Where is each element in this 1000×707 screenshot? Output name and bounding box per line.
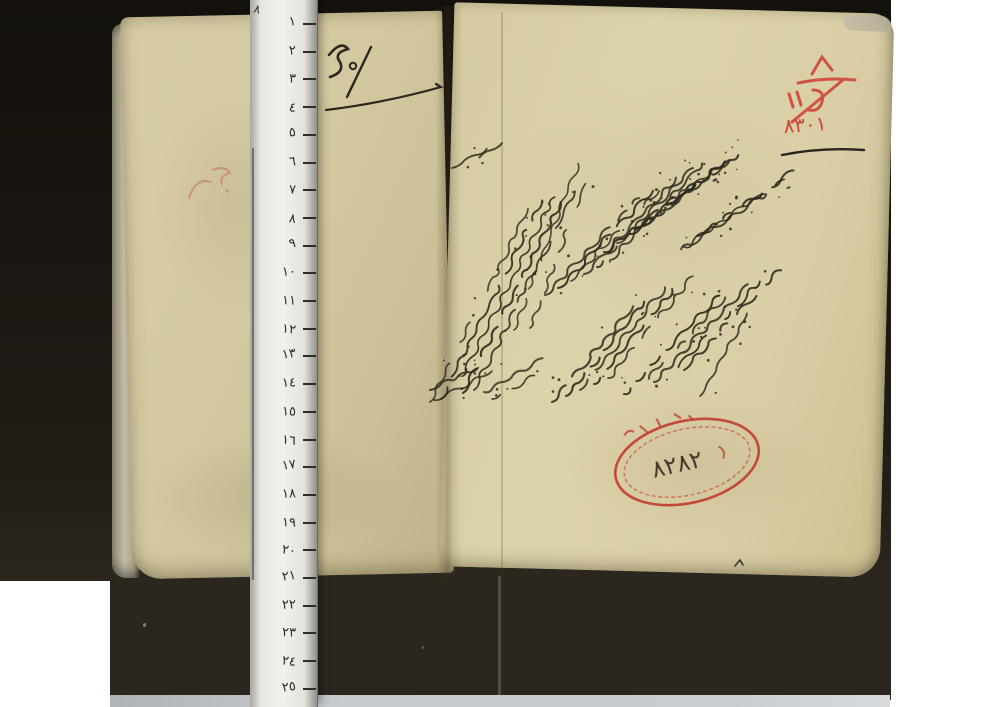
ruler-numeral: ٢١ [263, 569, 296, 586]
ruler-numeral: ١٥ [264, 404, 297, 418]
ruler-numeral: ٦ [264, 155, 297, 169]
ruler-tick [303, 605, 316, 607]
ruler-numeral: ٢ [264, 44, 297, 58]
ruler-tick [303, 494, 316, 496]
ruler-tick [303, 328, 316, 330]
ruler-tick [303, 78, 316, 80]
page-gutter-shadow [436, 6, 462, 578]
ruler-tick [303, 106, 316, 108]
ruler-numeral: ٢٤ [263, 652, 296, 669]
ruler-numeral: ٩ [263, 237, 296, 254]
ruler-tick [303, 217, 316, 219]
ruler-numeral: ٨ [263, 209, 296, 226]
ruler-tick [303, 51, 316, 53]
dust-speck [143, 623, 146, 627]
ruler-numeral: ١١ [264, 293, 297, 307]
crease-shadow-below [498, 576, 501, 696]
white-margin-bottom-left [0, 581, 110, 707]
ruler-left-edge-line [252, 148, 254, 580]
bottom-tray-edge [108, 695, 890, 707]
right-page [440, 2, 895, 577]
worn-corner-patch [844, 15, 892, 32]
page-stain [506, 64, 813, 332]
ruler-tick [303, 466, 316, 468]
ruler-numeral: ١٢ [263, 320, 296, 337]
ruler-tick [303, 355, 316, 357]
ruler-numeral: ٢٥ [263, 680, 296, 697]
ruler-tick [303, 577, 316, 579]
ruler-tick [303, 688, 316, 690]
ruler-numeral: ٢٠ [263, 541, 296, 558]
ruler-numeral: ٢٣ [264, 626, 297, 640]
ruler-numeral: ٧ [264, 182, 297, 196]
ruler-numeral: ١٦ [263, 430, 296, 447]
ruler-tick [303, 411, 316, 413]
ruler-tick [303, 522, 316, 524]
photo-canvas: ٨٣٠١ ٨٢٨٢ ٨ ١٢٣٤٥٦٧٨٩١ [0, 0, 1000, 707]
ruler-numeral: ١٧ [263, 458, 296, 475]
ruler-top-mark: ٨ [252, 1, 262, 16]
ruler-numeral: ٣ [264, 72, 297, 86]
ruler-tick [303, 272, 316, 274]
ruler-numeral: ١٠ [264, 266, 297, 280]
ruler-tick [303, 23, 316, 25]
ruler-tick [303, 134, 316, 136]
ruler-tick [303, 632, 316, 634]
ruler-numeral: ٤ [263, 98, 296, 115]
ruler-numeral: ١٩ [264, 515, 297, 529]
dust-speck [422, 646, 424, 649]
ruler-numeral: ١٨ [264, 487, 297, 501]
ruler-tick [303, 660, 316, 662]
ruler-numeral: ١٤ [264, 376, 297, 390]
ruler-tick [303, 439, 316, 441]
ruler-numeral: ٢٢ [264, 598, 297, 612]
page-stain [561, 385, 825, 542]
measuring-ruler: ٨ ١٢٣٤٥٦٧٨٩١٠١١١٢١٣١٤١٥١٦١٧١٨١٩٢٠٢١٢٢٢٣٢… [250, 0, 318, 707]
ruler-tick [303, 300, 316, 302]
ruler-tick [303, 162, 316, 164]
ruler-tick [303, 549, 316, 551]
ruler-tick [303, 383, 316, 385]
ruler-tick [303, 189, 316, 191]
ruler-numeral: ٥ [263, 126, 296, 143]
ruler-numeral: ١٣ [263, 347, 296, 364]
ruler-tick [303, 245, 316, 247]
ruler-numeral: ١ [263, 15, 296, 32]
page-crease [501, 12, 503, 570]
